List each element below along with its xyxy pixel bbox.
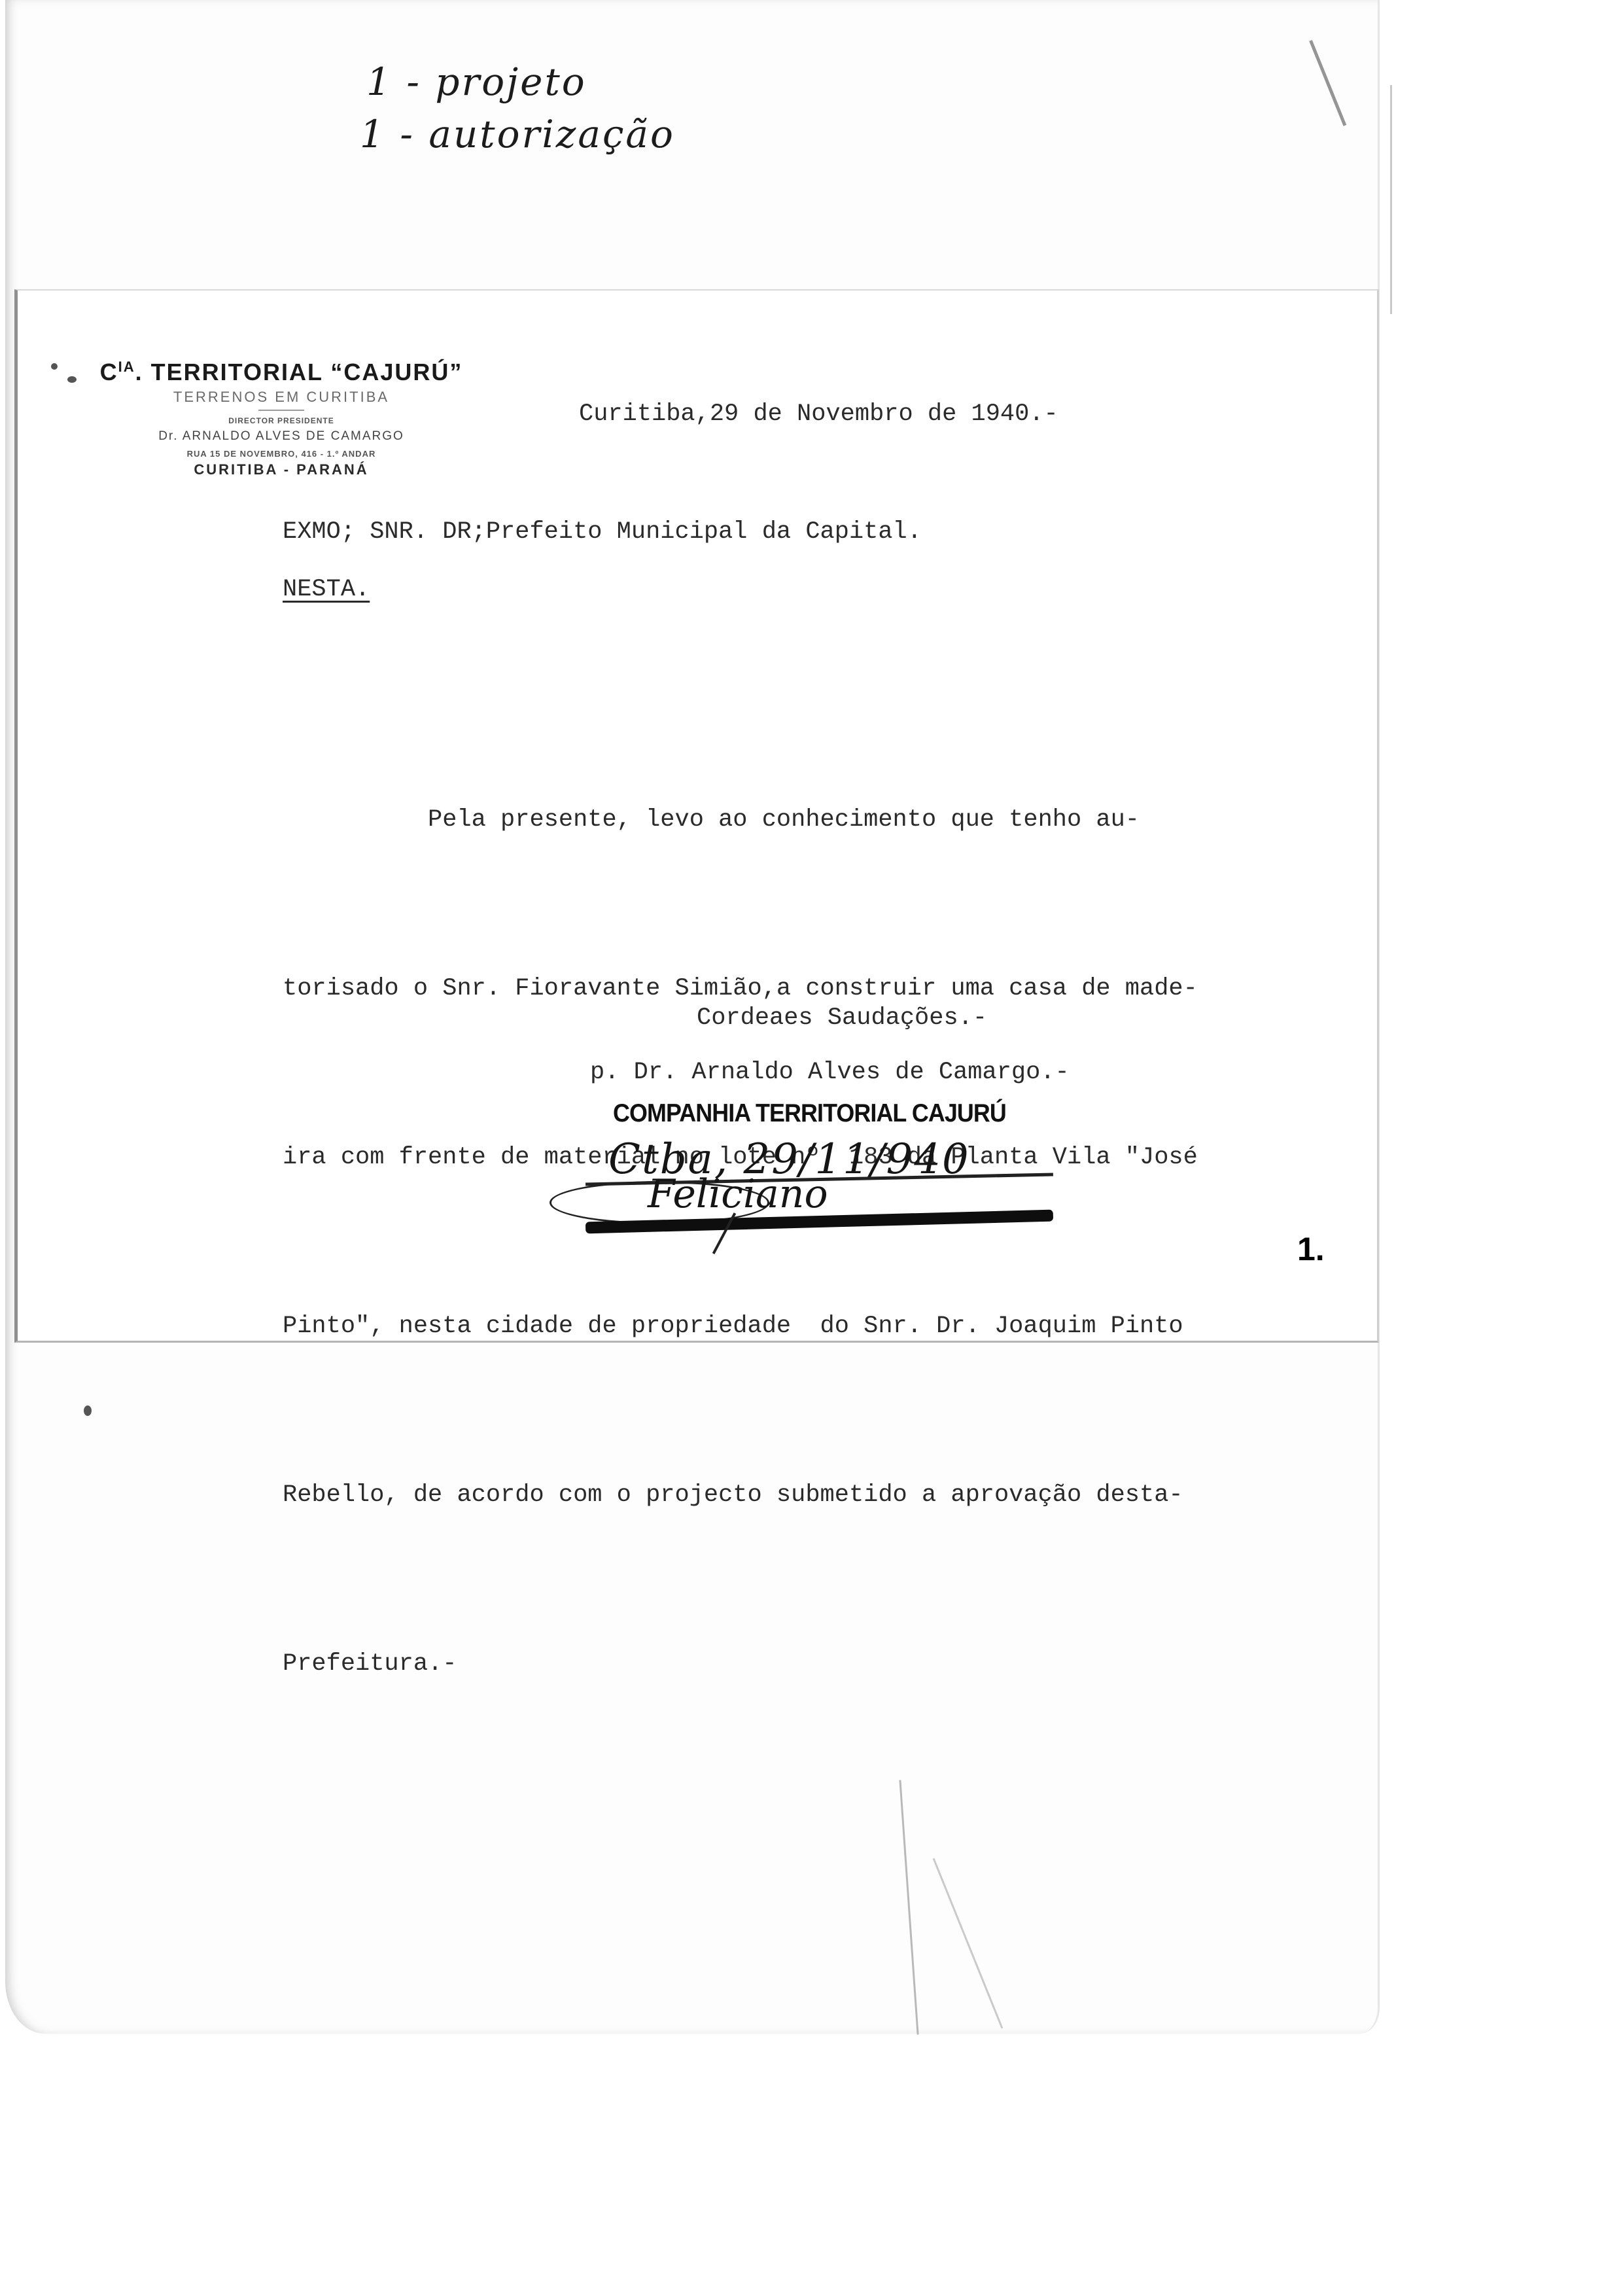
ink-speck bbox=[84, 1405, 92, 1416]
letterhead-company: CIA. TERRITORIAL “CAJURÚ” bbox=[85, 359, 478, 386]
divider bbox=[258, 410, 304, 411]
ink-speck bbox=[67, 376, 77, 383]
company-prefix: C bbox=[100, 359, 118, 385]
letterhead-subtitle: TERRENOS EM CURITIBA bbox=[85, 389, 478, 406]
handwritten-line: 1 - autorização bbox=[360, 108, 675, 160]
company-name: . TERRITORIAL “CAJURÚ” bbox=[135, 359, 463, 385]
letterhead: CIA. TERRITORIAL “CAJURÚ” TERRENOS EM CU… bbox=[85, 359, 478, 478]
body-line: Pela presente, levo ao conhecimento que … bbox=[283, 792, 1198, 848]
paper-crease bbox=[1309, 40, 1346, 126]
ink-speck bbox=[51, 363, 58, 370]
closing: Cordeaes Saudações.- bbox=[697, 1004, 987, 1032]
date-line: Curitiba,29 de Novembro de 1940.- bbox=[579, 400, 1058, 428]
handwritten-line: 1 - projeto bbox=[366, 56, 675, 108]
body-line: Pinto", nesta cidade de propriedade do S… bbox=[283, 1298, 1198, 1354]
signoff: p. Dr. Arnaldo Alves de Camargo.- bbox=[590, 1059, 1070, 1086]
letterhead-city: CURITIBA - PARANÁ bbox=[85, 461, 478, 478]
recipient: EXMO; SNR. DR;Prefeito Municipal da Capi… bbox=[283, 518, 922, 546]
body-line: Rebello, de acordo com o projecto submet… bbox=[283, 1467, 1198, 1523]
letterhead-role: DIRECTOR PRESIDENTE bbox=[85, 416, 478, 425]
paper-edge-shadow bbox=[1390, 85, 1392, 314]
recipient-location: NESTA. bbox=[283, 576, 370, 603]
paper-fold bbox=[933, 1858, 1003, 2029]
signature: Feliciano bbox=[648, 1171, 828, 1217]
company-prefix-superscript: IA bbox=[118, 359, 135, 375]
paper-fold bbox=[899, 1780, 918, 2034]
handwritten-note: 1 - projeto 1 - autorização bbox=[366, 56, 675, 160]
company-stamp: COMPANHIA TERRITORIAL CAJURÚ bbox=[613, 1099, 1006, 1128]
body-line: Prefeitura.- bbox=[283, 1636, 1198, 1692]
letterhead-director-name: Dr. ARNALDO ALVES DE CAMARGO bbox=[85, 429, 478, 444]
margin-mark: 1. bbox=[1297, 1230, 1325, 1268]
letterhead-address: RUA 15 DE NOVEMBRO, 416 - 1.º ANDAR bbox=[85, 449, 478, 459]
